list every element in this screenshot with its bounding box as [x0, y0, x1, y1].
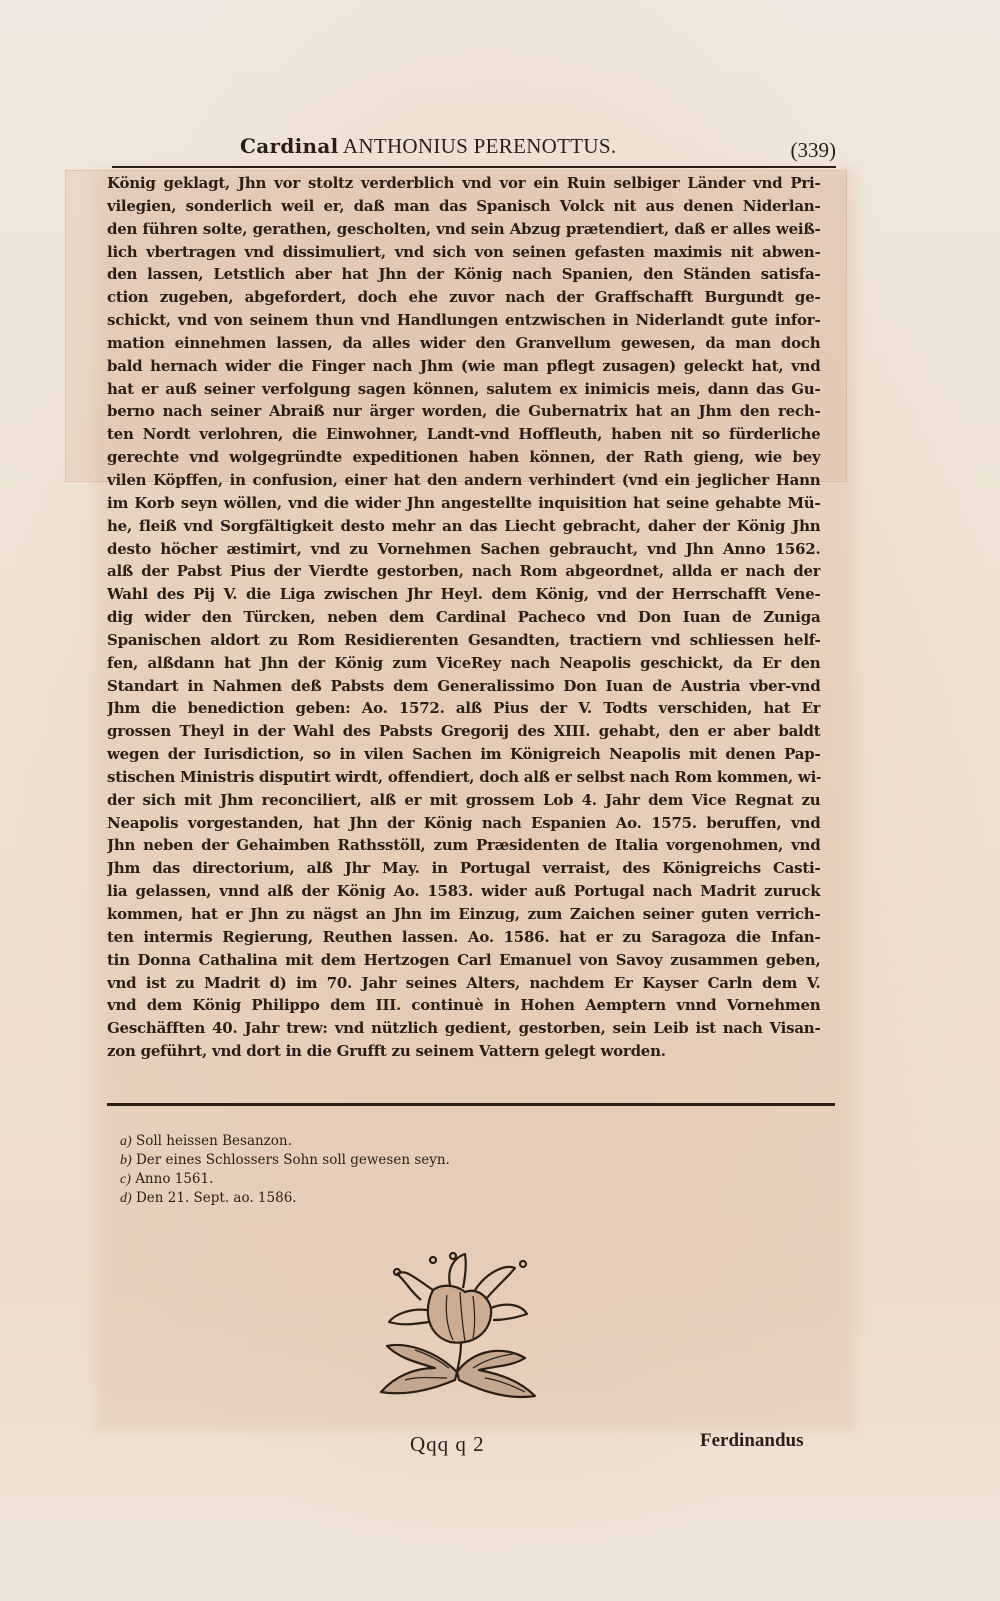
text-line: vnd ist zu Madrit d) im 70. Jahr seines …	[107, 972, 820, 995]
text-line: Geschäfften 40. Jahr trew: vnd nützlich …	[107, 1017, 820, 1040]
footnote-b: b) Der eines Schlossers Sohn soll gewese…	[120, 1151, 620, 1170]
text-line: stischen Ministris disputirt wirdt, offe…	[107, 766, 820, 789]
text-line: tin Donna Cathalina mit dem Hertzogen Ca…	[107, 949, 820, 972]
text-line: grossen Theyl in der Wahl des Pabsts Gre…	[107, 720, 820, 743]
text-line: Jhn neben der Gehaimben Rathsstöll, zum …	[107, 834, 820, 857]
text-line: berno nach seiner Abraiß nur ärger worde…	[107, 400, 820, 423]
footnote-marker: a)	[120, 1134, 132, 1149]
text-line: kommen, hat er Jhn zu nägst an Jhn im Ei…	[107, 903, 820, 926]
footnote-a: a) Soll heissen Besanzon.	[120, 1132, 620, 1151]
text-line: vnd dem König Philippo dem III. continuè…	[107, 994, 820, 1017]
text-line: Jhm das directorium, alß Jhr May. in Por…	[107, 857, 820, 880]
footnote-c: c) Anno 1561.	[120, 1170, 620, 1189]
footnote-marker: b)	[120, 1153, 132, 1168]
footnote-d: d) Den 21. Sept. ao. 1586.	[120, 1189, 620, 1208]
text-line: zon geführt, vnd dort in die Grufft zu s…	[107, 1040, 820, 1063]
footnote-marker: c)	[120, 1172, 131, 1187]
text-line: wegen der Iurisdiction, so in vilen Sach…	[107, 743, 820, 766]
text-line: Neapolis vorgestanden, hat Jhn der König…	[107, 812, 820, 835]
text-line: Wahl des Pij V. die Liga zwischen Jhr He…	[107, 583, 820, 606]
flower-woodcut-icon	[375, 1250, 555, 1410]
footnote-marker: d)	[120, 1191, 132, 1206]
text-line: fen, alßdann hat Jhn der König zum ViceR…	[107, 652, 820, 675]
text-line: Jhm die benediction geben: Ao. 1572. alß…	[107, 697, 820, 720]
text-line: lich vbertragen vnd dissimuliert, vnd si…	[107, 241, 820, 264]
text-line: lia gelassen, vnnd alß der König Ao. 158…	[107, 880, 820, 903]
text-line: ten Nordt verlohren, die Einwohner, Land…	[107, 423, 820, 446]
text-line: dig wider den Türcken, neben dem Cardina…	[107, 606, 820, 629]
running-head-title: Cardinal ANTHONIUS PERENOTTUS.	[240, 134, 616, 159]
text-line: he, fleiß vnd Sorgfältigkeit desto mehr …	[107, 515, 820, 538]
body-text: König geklagt, Jhn vor stoltz verderblic…	[107, 172, 835, 1063]
footnote-text: Anno 1561.	[135, 1171, 213, 1187]
running-head: Cardinal ANTHONIUS PERENOTTUS. (339)	[110, 134, 840, 164]
text-line: der sich mit Jhm reconciliert, alß er mi…	[107, 789, 820, 812]
catchword: Ferdinandus	[700, 1430, 803, 1452]
text-line: den führen solte, gerathen, gescholten, …	[107, 218, 820, 241]
text-line: bald hernach wider die Finger nach Jhm (…	[107, 355, 820, 378]
signature-mark: Qqq q 2	[410, 1432, 485, 1457]
running-head-main: ANTHONIUS PERENOTTUS.	[343, 134, 616, 158]
footnote-text: Der eines Schlossers Sohn soll gewesen s…	[136, 1152, 450, 1168]
page-number: (339)	[791, 138, 837, 163]
running-head-prefix: Cardinal	[240, 134, 339, 158]
text-line: den lassen, Letstlich aber hat Jhn der K…	[107, 263, 820, 286]
footnote-rule	[107, 1103, 835, 1106]
text-line: mation einnehmen lassen, da alles wider …	[107, 332, 820, 355]
text-line: ten intermis Regierung, Reuthen lassen. …	[107, 926, 820, 949]
footnote-text: Den 21. Sept. ao. 1586.	[136, 1190, 297, 1206]
text-line: schickt, vnd von seinem thun vnd Handlun…	[107, 309, 820, 332]
text-line: desto höcher æstimirt, vnd zu Vornehmen …	[107, 538, 820, 561]
header-rule	[112, 166, 836, 168]
text-line: hat er auß seiner verfolgung sagen könne…	[107, 378, 820, 401]
text-line: im Korb seyn wöllen, vnd die wider Jhn a…	[107, 492, 820, 515]
text-line: vilen Köpffen, in confusion, einer hat d…	[107, 469, 820, 492]
footnotes: a) Soll heissen Besanzon. b) Der eines S…	[120, 1132, 620, 1208]
text-line: Standart in Nahmen deß Pabsts dem Genera…	[107, 675, 820, 698]
footnote-text: Soll heissen Besanzon.	[136, 1133, 292, 1149]
text-line: Spanischen aldort zu Rom Residierenten G…	[107, 629, 820, 652]
text-line: ction zugeben, abgefordert, doch ehe zuv…	[107, 286, 820, 309]
text-line: alß der Pabst Pius der Vierdte gestorben…	[107, 560, 820, 583]
text-line: vilegien, sonderlich weil er, daß man da…	[107, 195, 820, 218]
text-line: König geklagt, Jhn vor stoltz verderblic…	[107, 172, 820, 195]
text-line: gerechte vnd wolgegründte expeditionen h…	[107, 446, 820, 469]
